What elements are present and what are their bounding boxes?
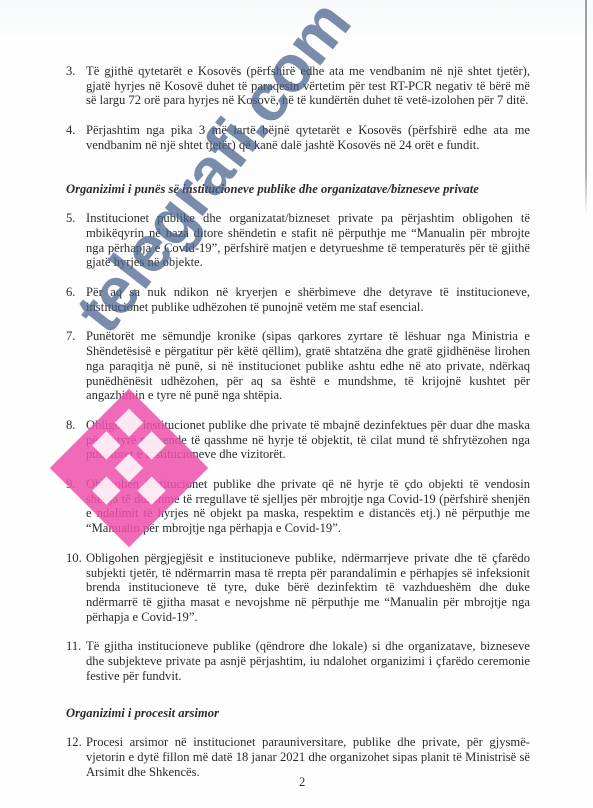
list-item-9: 9. Obligohen institucionet publike dhe p… <box>66 477 530 536</box>
item-number: 6. <box>66 285 86 314</box>
item-text: Punëtorët me sëmundje kronike (sipas qar… <box>86 329 530 403</box>
item-text: Procesi arsimor në institucionet parauni… <box>86 735 530 779</box>
item-text: Të gjitha institucioneve publike (qëndro… <box>86 639 530 683</box>
list-item-7: 7. Punëtorët me sëmundje kronike (sipas … <box>66 329 530 403</box>
item-number: 5. <box>66 211 86 270</box>
page-number: 2 <box>299 775 305 790</box>
item-number: 4. <box>66 123 86 152</box>
item-number: 9. <box>66 477 86 536</box>
section-heading-education: Organizimi i procesit arsimor <box>66 706 530 721</box>
item-text: Të gjithë qytetarët e Kosovës (përfshirë… <box>86 64 530 108</box>
document-body: 3. Të gjithë qytetarët e Kosovës (përfsh… <box>66 64 530 779</box>
list-item-5: 5. Institucionet publike dhe organizatat… <box>66 211 530 270</box>
item-text: Për aq sa nuk ndikon në kryerjen e shërb… <box>86 285 530 314</box>
item-text: Obligohen institucionet publike dhe priv… <box>86 477 530 536</box>
item-number: 12. <box>66 735 86 779</box>
item-number: 3. <box>66 64 86 108</box>
item-text: Institucionet publike dhe organizatat/bi… <box>86 211 530 270</box>
item-number: 11. <box>66 639 86 683</box>
list-item-8: 8. Obligohen institucionet publike dhe p… <box>66 418 530 462</box>
list-item-6: 6. Për aq sa nuk ndikon në kryerjen e sh… <box>66 285 530 314</box>
item-text: Obligohen përgjegjësit e institucioneve … <box>86 551 530 625</box>
list-item-3: 3. Të gjithë qytetarët e Kosovës (përfsh… <box>66 64 530 108</box>
scan-edge-line <box>585 0 587 215</box>
item-text: Obligohen institucionet publike dhe priv… <box>86 418 530 462</box>
item-number: 7. <box>66 329 86 403</box>
list-item-4: 4. Përjashtim nga pika 3 më lartë bëjnë … <box>66 123 530 152</box>
item-number: 10. <box>66 551 86 625</box>
section-heading-public-institutions: Organizimi i punës së institucioneve pub… <box>66 182 530 197</box>
list-item-10: 10. Obligohen përgjegjësit e institucion… <box>66 551 530 625</box>
list-item-11: 11. Të gjitha institucioneve publike (që… <box>66 639 530 683</box>
item-text: Përjashtim nga pika 3 më lartë bëjnë qyt… <box>86 123 530 152</box>
item-number: 8. <box>66 418 86 462</box>
document-page: 3. Të gjithë qytetarët e Kosovës (përfsh… <box>0 0 593 808</box>
list-item-12: 12. Procesi arsimor në institucionet par… <box>66 735 530 779</box>
